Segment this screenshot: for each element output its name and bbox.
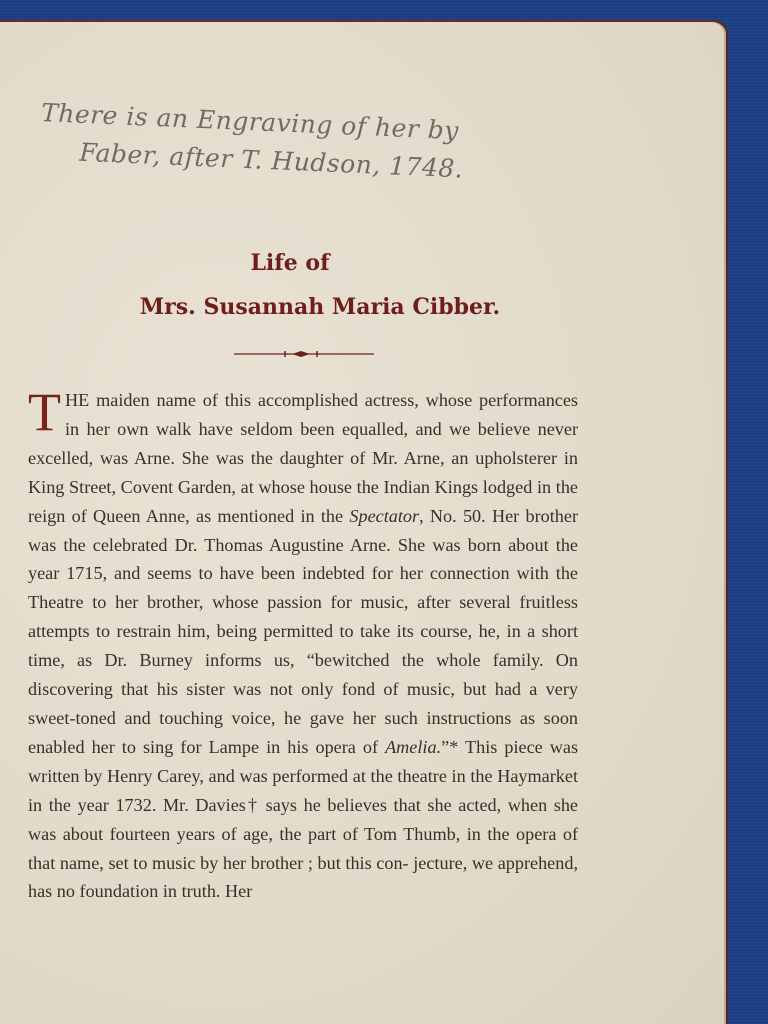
title-line-2: Mrs. Susannah Maria Cibber. xyxy=(60,294,580,320)
text-line: 1715, and seems to have been indebted fo… xyxy=(66,563,509,583)
text-line: HE maiden name of this accomplished actr… xyxy=(65,390,472,410)
drop-cap: T xyxy=(28,390,61,434)
ornament-rule-icon xyxy=(234,348,374,360)
text-line: that name, set to music by her brother ;… xyxy=(28,853,409,873)
body-paragraph: T HE maiden name of this accomplished ac… xyxy=(28,386,578,906)
handwritten-annotation: There is an Engraving of her by Faber, a… xyxy=(39,94,602,194)
text-line: discovering that his sister was not only… xyxy=(28,679,455,699)
text-line: Street, Covent Garden, at whose house th… xyxy=(69,477,478,497)
text-line: by Henry Carey, and was performed at the… xyxy=(84,766,466,786)
text-line: years of age, the part of Tom Thumb, in … xyxy=(177,824,578,844)
text-line: Burney informs us, “bewitched the whole … xyxy=(139,650,578,670)
book-page: There is an Engraving of her by Faber, a… xyxy=(0,20,726,1024)
annotation-line-2: Faber, after T. Hudson, 1748. xyxy=(39,132,600,194)
italic-amelia: Amelia. xyxy=(385,737,441,757)
title-line-1: Life of xyxy=(80,250,500,276)
italic-spectator: Spectator xyxy=(349,506,419,526)
text-line: Lampe in his opera of xyxy=(209,737,386,757)
